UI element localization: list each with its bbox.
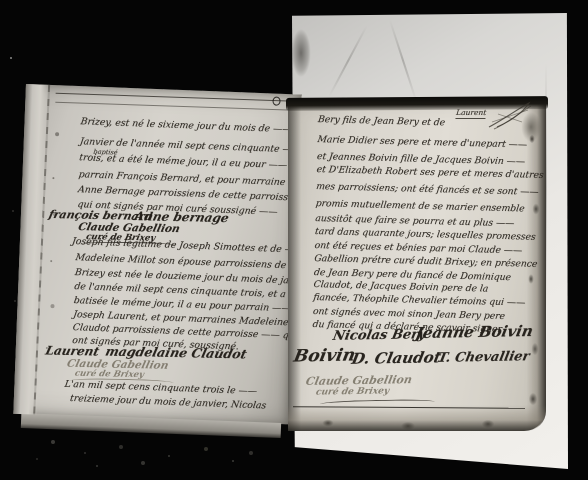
manuscript-line: Bery fils de Jean Bery et de — [317, 115, 445, 128]
manuscript-line: mes parroissiens; ont été fiancés et se … — [315, 182, 539, 198]
archival-scan-viewport: Brizey, est né le sixieme jour du mois d… — [0, 0, 588, 480]
paper-crease — [328, 25, 367, 96]
signature-boivin: Boivin — [293, 350, 356, 361]
signature-d-claudot: D. Claudot — [351, 352, 442, 364]
manuscript-line: Brizey, est né le sixieme jour du mois d… — [80, 117, 292, 135]
signature-magdelaine-claudot: magdelaine Claudot — [104, 347, 247, 360]
manuscript-page-right: Laurent Bery fils de Jean Bery et de Mar… — [288, 99, 546, 431]
page-top-rule-lines — [55, 93, 295, 111]
page-beneath-edge — [21, 413, 281, 438]
dust-specks — [0, 0, 2, 2]
binding-edge — [13, 84, 50, 415]
manuscript-line: et D'Elizabeth Robert ses pere et meres … — [316, 165, 544, 181]
paper-crease — [389, 20, 417, 101]
signature-cure-title-faint: curé de Brixey — [315, 386, 390, 397]
signature-t-chevallier: T. Chevallier — [437, 352, 530, 364]
signature-anne-bernage: Anne bernage — [134, 211, 230, 223]
marginal-annotation: Laurent — [455, 108, 486, 119]
manuscript-line: trois, et a été le méme jour, il a eu po… — [78, 153, 287, 171]
manuscript-line: Marie Didier ses pere et mere d'unepart … — [317, 135, 528, 150]
manuscript-line: promis mutuellement de se marier ensembl… — [315, 199, 525, 214]
ink-bleedthrough-specks — [26, 84, 28, 86]
signature-cure-faint: Claude Gabellion — [305, 375, 413, 387]
manuscript-line: treizieme jour du mois de janvier, Nicol… — [69, 394, 267, 411]
signature-jeanne-boivin: Jeanne Boivin — [415, 326, 534, 338]
ink-smudge — [288, 21, 314, 85]
signature-laurent: Laurent — [45, 345, 101, 356]
gutter-shadow — [288, 99, 301, 431]
manuscript-page-left: Brizey, est né le sixieme jour du mois d… — [13, 84, 301, 424]
signature-nicolas-bery: Nicolas Bery — [332, 330, 427, 342]
ink-flourish — [486, 100, 534, 130]
